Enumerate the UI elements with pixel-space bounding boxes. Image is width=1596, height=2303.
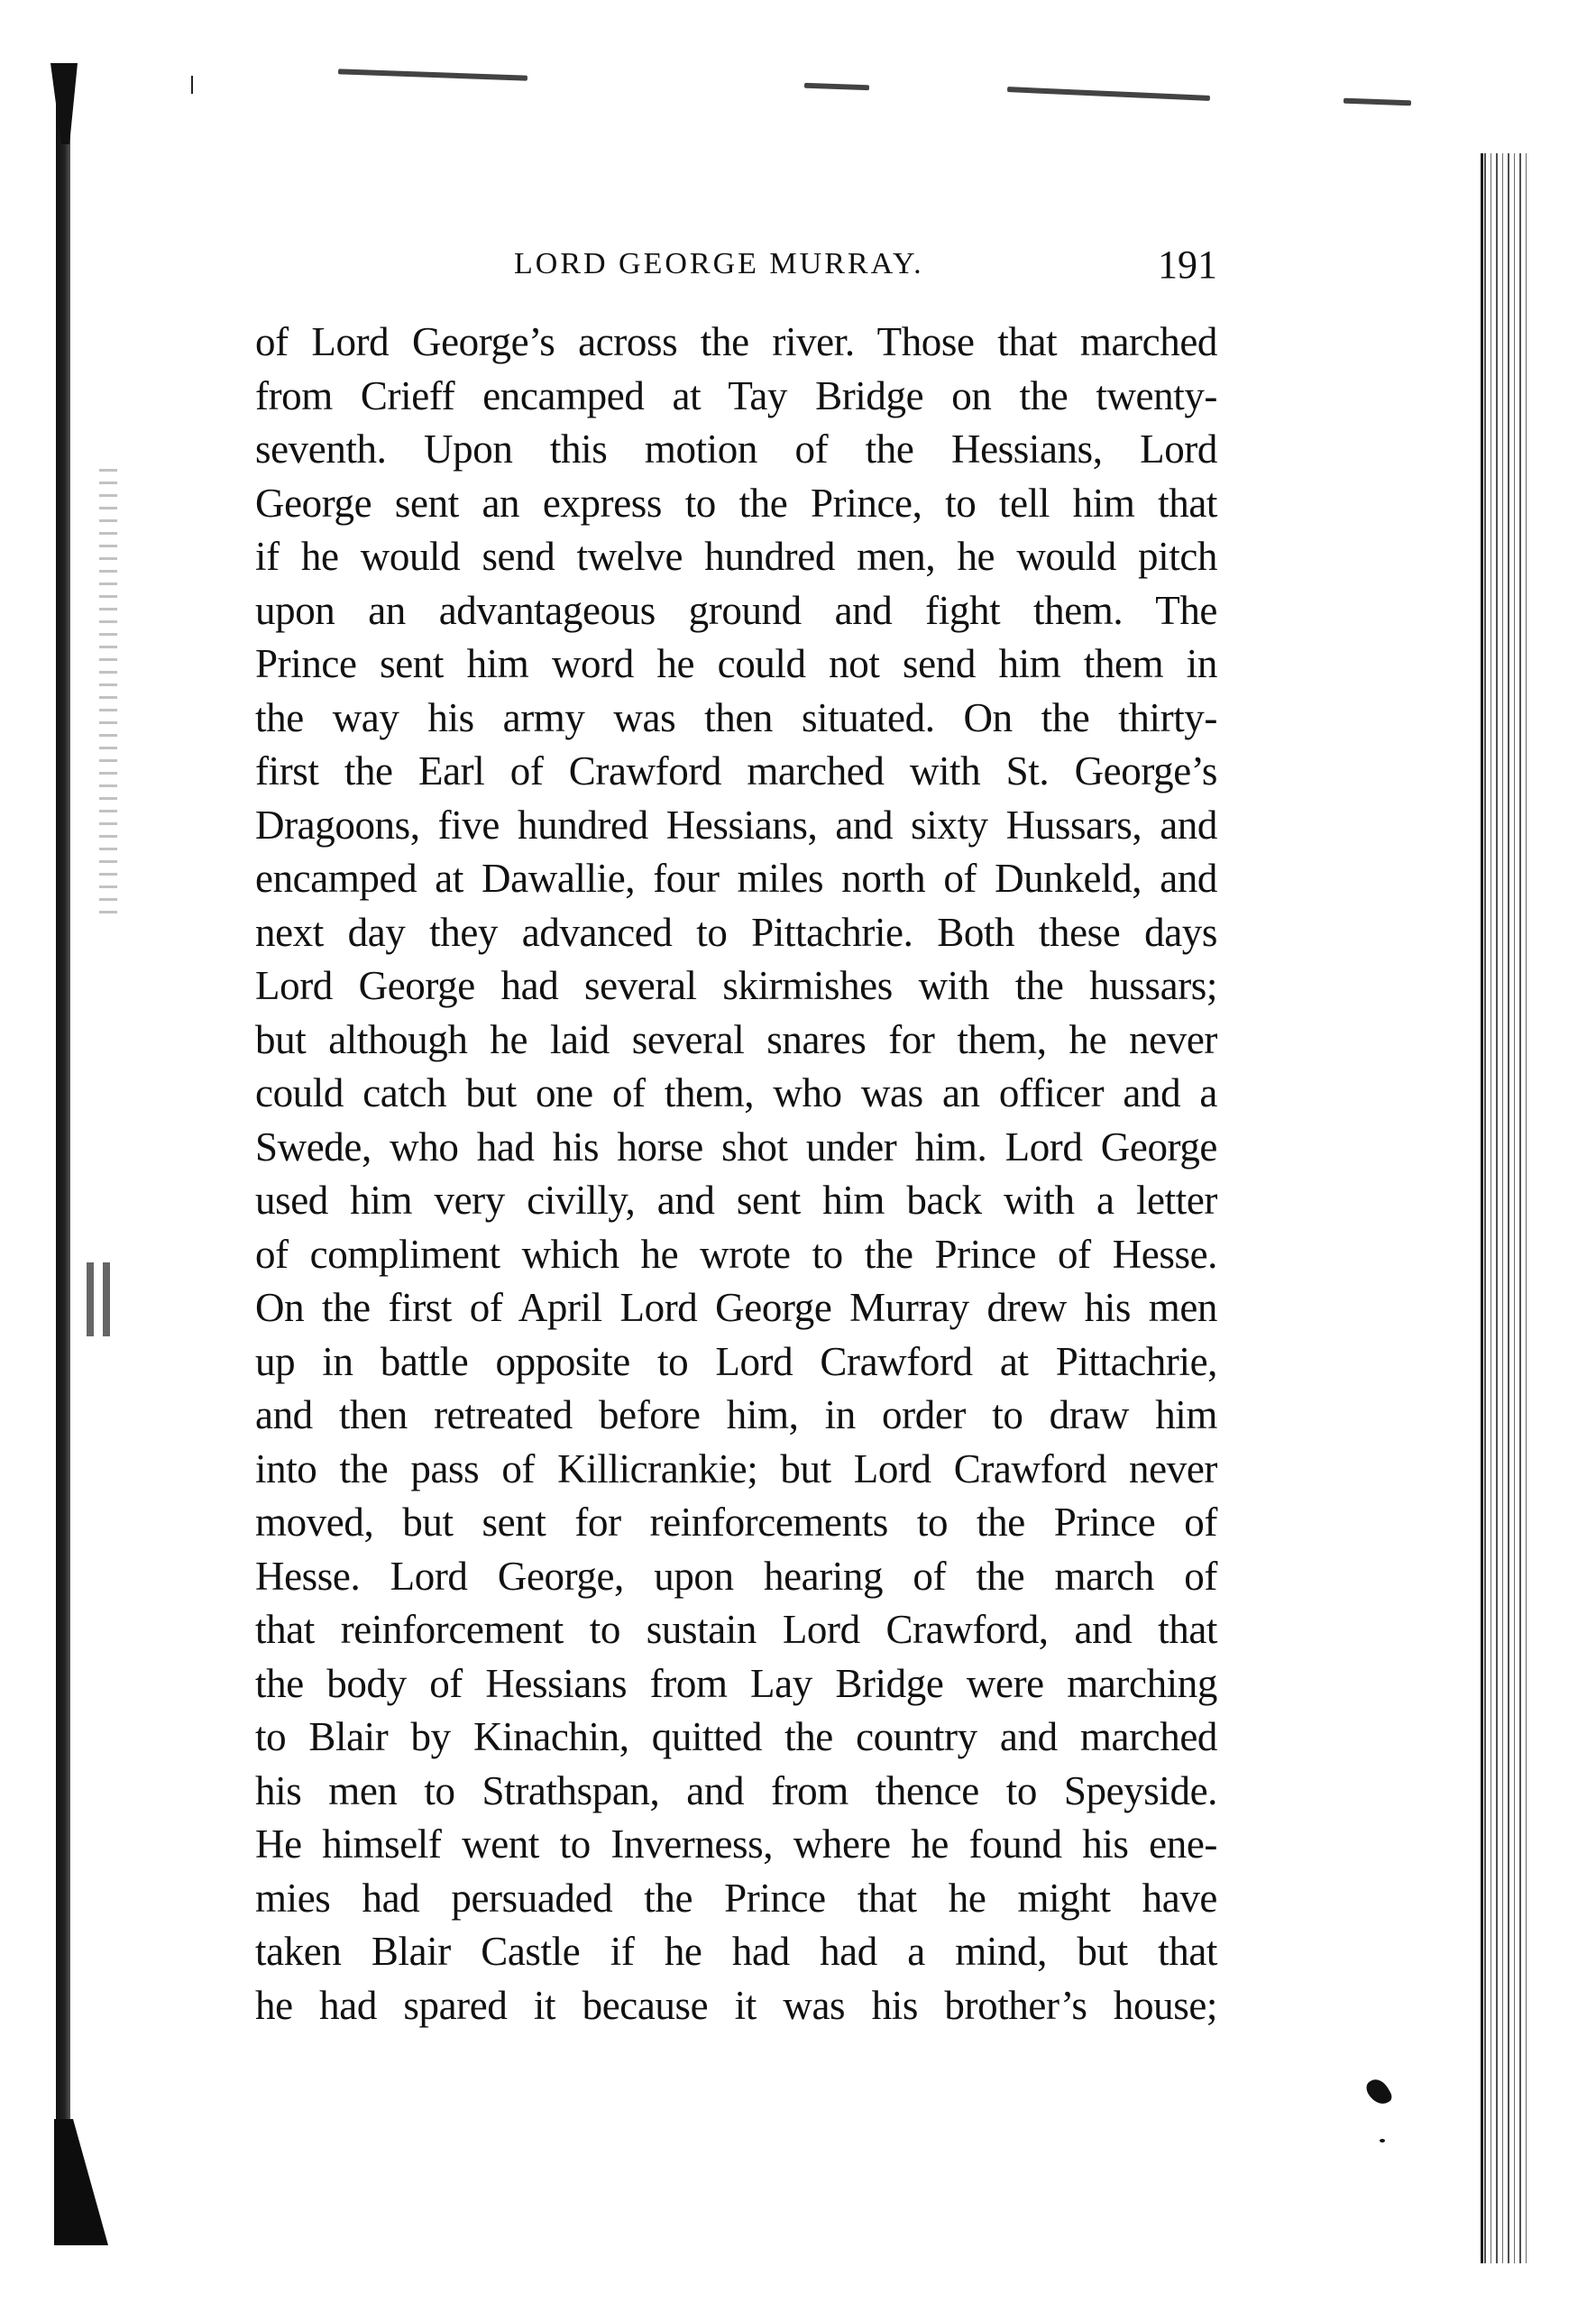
text-line: On the first of April Lord George Murray… [255,1281,1217,1335]
running-header: LORD GEORGE MURRAY. 191 [255,242,1217,292]
text-line: He himself went to Inverness, where he f… [255,1818,1217,1872]
text-line: but although he laid several snares for … [255,1014,1217,1068]
text-line: could catch but one of them, who was an … [255,1067,1217,1121]
scan-smudge [1344,98,1411,106]
ink-speck [1363,2076,1394,2109]
text-line: into the pass of Killicrankie; but Lord … [255,1443,1217,1497]
text-line: the way his army was then situated. On t… [255,692,1217,746]
body-text: of Lord George’s across the river. Those… [255,316,1217,2032]
text-line: Prince sent him word he could not send h… [255,638,1217,692]
text-line: to Blair by Kinachin, quitted the countr… [255,1711,1217,1765]
binding-shadow-bottom [54,2119,108,2245]
margin-marks-faint [99,469,117,920]
text-line: encamped at Dawallie, four miles north o… [255,852,1217,906]
page-edge-line [1481,153,1483,2263]
text-line: Swede, who had his horse shot under him.… [255,1121,1217,1175]
binding-shadow-top [50,63,78,144]
text-line: and then retreated before him, in order … [255,1389,1217,1443]
text-line: that reinforcement to sustain Lord Crawf… [255,1603,1217,1657]
text-line: from Crieff encamped at Tay Bridge on th… [255,370,1217,424]
text-line: his men to Strathspan, and from thence t… [255,1765,1217,1819]
scan-smudge [1007,87,1210,101]
text-line: taken Blair Castle if he had had a mind,… [255,1925,1217,1979]
book-page: LORD GEORGE MURRAY. 191 of Lord George’s… [0,0,1596,2303]
text-line: the body of Hessians from Lay Bridge wer… [255,1657,1217,1711]
running-title: LORD GEORGE MURRAY. [514,247,924,281]
text-line: Hesse. Lord George, upon hearing of the … [255,1550,1217,1604]
ink-speck-small [1380,2139,1385,2142]
margin-marks [87,1262,117,1336]
text-line: seventh. Upon this motion of the Hessian… [255,423,1217,477]
page-edge-stripes [1484,153,1527,2263]
text-line: he had spared it because it was his brot… [255,1979,1217,2033]
text-line: of Lord George’s across the river. Those… [255,316,1217,370]
text-line: mies had persuaded the Prince that he mi… [255,1872,1217,1926]
text-line: up in battle opposite to Lord Crawford a… [255,1335,1217,1390]
text-line: moved, but sent for reinforcements to th… [255,1496,1217,1550]
scan-smudge [338,69,527,80]
text-line: upon an advantageous ground and fight th… [255,584,1217,638]
binding-shadow [56,63,70,2245]
text-line: Lord George had several skirmishes with … [255,959,1217,1014]
scan-mark [191,76,193,94]
page-number: 191 [1158,242,1217,288]
text-line: of compliment which he wrote to the Prin… [255,1228,1217,1282]
scan-smudge [804,83,869,91]
text-line: George sent an express to the Prince, to… [255,477,1217,531]
text-line: used him very civilly, and sent him back… [255,1174,1217,1228]
text-line: next day they advanced to Pittachrie. Bo… [255,906,1217,960]
text-line: first the Earl of Crawford marched with … [255,745,1217,799]
text-line: Dragoons, five hundred Hessians, and six… [255,799,1217,853]
text-line: if he would send twelve hundred men, he … [255,530,1217,584]
